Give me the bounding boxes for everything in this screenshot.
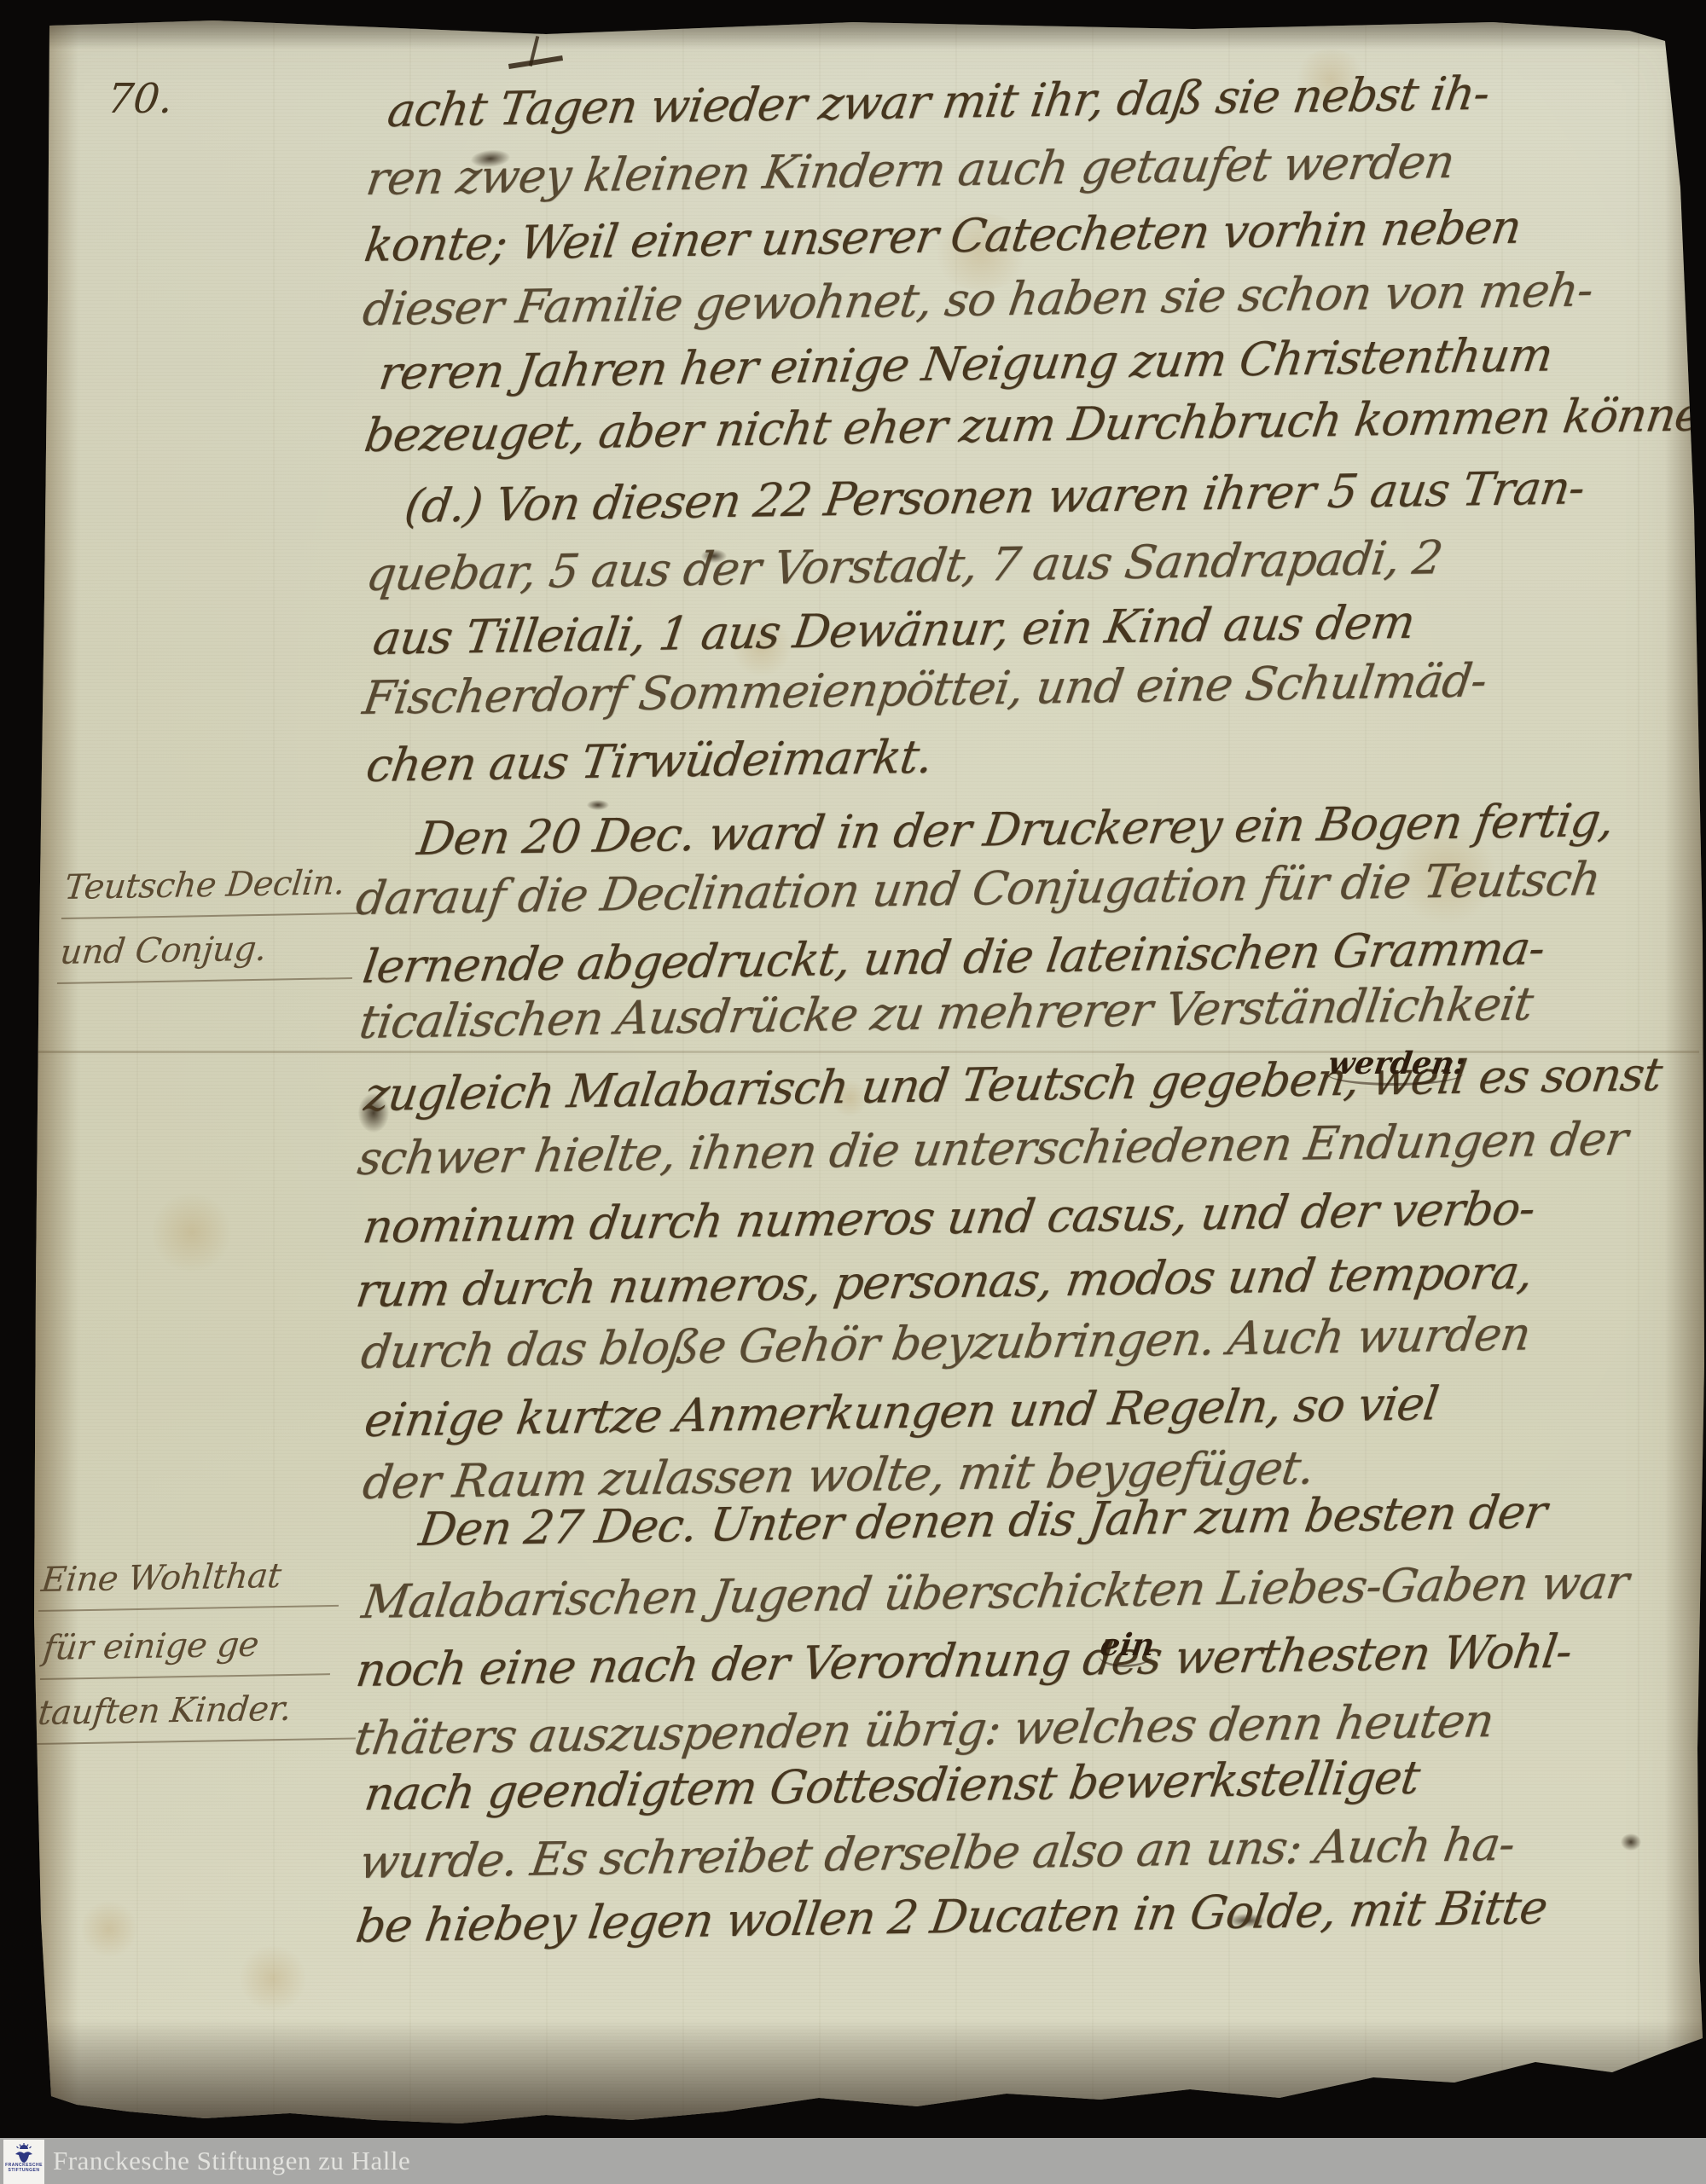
footer-bar: FRANCKESCHE STIFTUNGEN Franckesche Stift… [0, 2138, 1706, 2184]
manuscript-line: aus Tilleiali, 1 aus Dewänur, ein Kind a… [370, 597, 1418, 664]
ink-blot [1621, 1834, 1641, 1851]
logo-wordmark: STIFTUNGEN [9, 2168, 40, 2173]
manuscript-line: rum durch numeros, personas, modos und t… [353, 1247, 1535, 1316]
manuscript-line: einige kurtze Anmerkungen und Regeln, so… [362, 1378, 1442, 1445]
manuscript-line: quebar, 5 aus der Vorstadt, 7 aus Sandra… [363, 532, 1445, 600]
margin-note-line: und Conjug. [57, 928, 357, 984]
manuscript-line: be hiebey legen wollen 2 Ducaten in Gold… [353, 1882, 1550, 1951]
foxing-spot [80, 1900, 138, 1958]
scan-background: 70. Teutsche Declin. und Conjug. Eine Wo… [0, 0, 1706, 2184]
manuscript-line: schwer hielte, ihnen die unterschiedenen… [355, 1114, 1631, 1185]
manuscript-line: dieser Familie gewohnet, so haben sie sc… [360, 264, 1596, 334]
paper-edge-shadow [0, 17, 1706, 49]
interlinear-insertion: werden: [1326, 1046, 1468, 1086]
paper-edge-shadow [29, 17, 78, 2106]
manuscript-line: Malabarischen Jugend überschickten Liebe… [359, 1557, 1632, 1628]
page-number: 70. [105, 75, 175, 123]
manuscript-line: konte; Weil einer unserer Catecheten vor… [362, 202, 1524, 271]
foxing-spot [151, 1191, 233, 1273]
margin-note-line: Eine Wohlthat [38, 1555, 344, 1612]
footer-title: Franckesche Stiftungen zu Halle [53, 2146, 410, 2176]
margin-note-line: tauften Kinder. [35, 1688, 361, 1745]
interlinear-insertion: ein [1098, 1627, 1157, 1667]
institution-logo: FRANCKESCHE STIFTUNGEN [3, 2140, 44, 2184]
manuscript-line: zugleich Malabarisch und Teutsch gegeben… [362, 1049, 1665, 1120]
manuscript-line: Fischerdorf Sommeienpöttei, und eine Sch… [360, 655, 1489, 723]
foxing-spot [239, 1944, 307, 2013]
manuscript-line: bezeuget, aber nicht eher zum Durchbruch… [362, 389, 1706, 461]
logo-emblem-icon [13, 2142, 35, 2163]
pen-stroke [508, 55, 563, 69]
paper-edge-shadow [0, 2019, 1706, 2125]
manuscript-line: acht Tagen wieder zwar mit ihr, daß sie … [385, 68, 1493, 136]
manuscript-line: durch das bloße Gehör beyzubringen. Auch… [358, 1308, 1534, 1377]
manuscript-line: nominum durch numeros und casus, und der… [360, 1183, 1538, 1252]
margin-note-line: Teutsche Declin. [61, 863, 367, 919]
paper-edge-shadow [1665, 17, 1706, 2089]
manuscript-line: chen aus Tirwüdeimarkt. [363, 732, 936, 791]
manuscript-line: (d.) Von diesen 22 Personen waren ihrer … [402, 462, 1587, 531]
manuscript-line: reren Jahren her einige Neigung zum Chri… [376, 329, 1556, 398]
manuscript-line: ren zwey kleinen Kindern auch getaufet w… [363, 136, 1457, 205]
manuscript-line: noch eine nach der Verordnung des werthe… [353, 1626, 1575, 1696]
manuscript-page: 70. Teutsche Declin. und Conjug. Eine Wo… [0, 0, 1706, 2184]
manuscript-line: wurde. Es schreibet derselbe also an uns… [357, 1819, 1517, 1888]
margin-note-line: für einige ge [40, 1624, 335, 1680]
